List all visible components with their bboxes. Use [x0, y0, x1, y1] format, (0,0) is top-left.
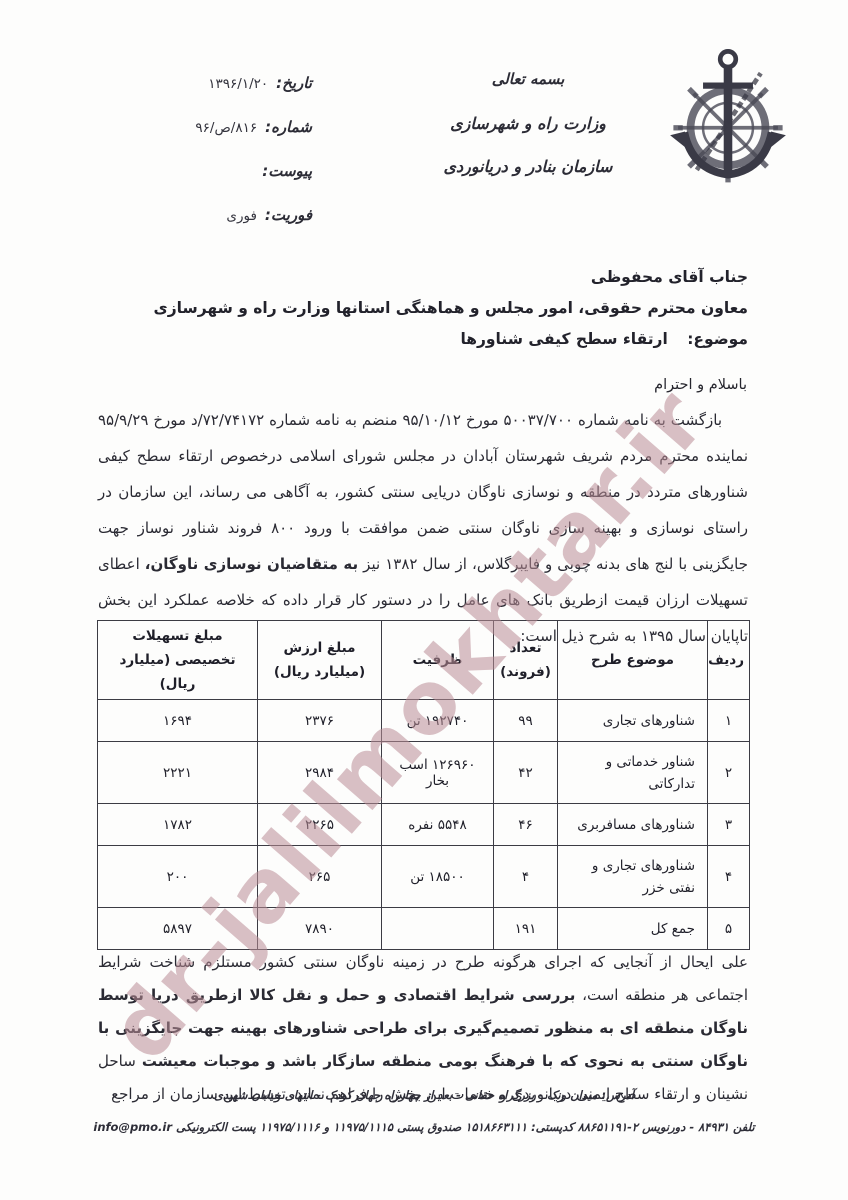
subject-line: موضوع: ارتقاء سطح کیفی شناورها	[100, 324, 748, 355]
subject-text: ارتقاء سطح کیفی شناورها	[460, 330, 667, 348]
cell-value: ۲۶۵	[258, 846, 382, 908]
cell-row: ۱	[708, 700, 750, 742]
cell-facilities: ۱۷۸۲	[98, 804, 258, 846]
salutation: باسلام و احترام	[654, 377, 747, 393]
cell-capacity	[382, 908, 494, 950]
table-row: ۲ شناور خدماتی و تدارکاتی ۴۲ ۱۲۶۹۶۰ اسب …	[98, 742, 750, 804]
body-part1: بازگشت به نامه شماره ۵۰۰۳۷/۷۰۰ مورخ ۹۵/۱…	[98, 411, 748, 573]
header-cell-count: تعداد (فروند)	[494, 621, 558, 700]
footer-address: آدرس: میدان ونک - بزرگراه حقانی - بعد از…	[0, 1088, 848, 1102]
cell-count: ۴	[494, 846, 558, 908]
recipient-block: جناب آقای محفوظی معاون محترم حقوقی، امور…	[100, 262, 748, 355]
urgency-value: فوری	[226, 208, 257, 224]
letterhead-meta: تاریخ: ۱۳۹۶/۱/۲۰ شماره: ۸۱۶/ص/۹۶ پیوست: …	[82, 74, 312, 250]
cell-count: ۹۹	[494, 700, 558, 742]
table-header-row: ردیف موضوع طرح تعداد (فروند) ظرفیت مبلغ …	[98, 621, 750, 700]
letterhead-center: بسمه تعالی وزارت راه و شهرسازی سازمان بن…	[428, 70, 628, 176]
footer-contact: تلفن ۸۴۹۳۱ - دورنویس ۲-۸۸۶۵۱۱۹۱ کدپستی: …	[0, 1120, 848, 1134]
header-cell-facilities: مبلغ تسهیلات تخصیصی (میلیارد ریال)	[98, 621, 258, 700]
recipient-title: معاون محترم حقوقی، امور مجلس و هماهنگی ا…	[100, 293, 748, 324]
date-value: ۱۳۹۶/۱/۲۰	[208, 76, 268, 92]
table-row: ۳ شناورهای مسافربری ۴۶ ۵۵۴۸ نفره ۲۲۶۵ ۱۷…	[98, 804, 750, 846]
organization-name: سازمان بنادر و دریانوردی	[428, 157, 628, 176]
cell-capacity: ۱۸۵۰۰ تن	[382, 846, 494, 908]
cell-subject: شناورهای تجاری	[558, 700, 708, 742]
cell-value: ۷۸۹۰	[258, 908, 382, 950]
ministry-name: وزارت راه و شهرسازی	[428, 114, 628, 133]
meta-number-row: شماره: ۸۱۶/ص/۹۶	[82, 118, 312, 162]
subject-label: موضوع:	[687, 330, 748, 348]
cell-row: ۴	[708, 846, 750, 908]
recipient-name: جناب آقای محفوظی	[100, 262, 748, 293]
closing-paragraph: علی ایحال از آنجایی که اجرای هرگونه طرح …	[98, 946, 748, 1111]
cell-capacity: ۱۲۶۹۶۰ اسب بخار	[382, 742, 494, 804]
header-cell-capacity: ظرفیت	[382, 621, 494, 700]
meta-urgency-row: فوریت: فوری	[82, 206, 312, 250]
cell-row: ۵	[708, 908, 750, 950]
meta-attachment-row: پیوست:	[82, 162, 312, 206]
header-cell-value: مبلغ ارزش (میلیارد ریال)	[258, 621, 382, 700]
header-cell-subject: موضوع طرح	[558, 621, 708, 700]
cell-value: ۲۹۸۴	[258, 742, 382, 804]
table-row: ۱ شناورهای تجاری ۹۹ ۱۹۲۷۴۰ تن ۲۳۷۶ ۱۶۹۴	[98, 700, 750, 742]
cell-value: ۲۲۶۵	[258, 804, 382, 846]
cell-count: ۴۶	[494, 804, 558, 846]
cell-subject: شناور خدماتی و تدارکاتی	[558, 742, 708, 804]
table-row: ۴ شناورهای تجاری و نفتی خزر ۴ ۱۸۵۰۰ تن ۲…	[98, 846, 750, 908]
scanned-letter-page: تاریخ: ۱۳۹۶/۱/۲۰ شماره: ۸۱۶/ص/۹۶ پیوست: …	[0, 0, 848, 1200]
meta-date-row: تاریخ: ۱۳۹۶/۱/۲۰	[82, 74, 312, 118]
cell-row: ۳	[708, 804, 750, 846]
cell-facilities: ۵۸۹۷	[98, 908, 258, 950]
number-label: شماره:	[265, 118, 312, 136]
number-value: ۸۱۶/ص/۹۶	[195, 120, 257, 136]
body-part-bold: به متقاضیان نوسازی ناوگان،	[145, 555, 358, 573]
attachment-label: پیوست:	[262, 162, 312, 180]
body-paragraph: بازگشت به نامه شماره ۵۰۰۳۷/۷۰۰ مورخ ۹۵/۱…	[98, 402, 748, 654]
cell-capacity: ۵۵۴۸ نفره	[382, 804, 494, 846]
fleet-renovation-table: ردیف موضوع طرح تعداد (فروند) ظرفیت مبلغ …	[97, 620, 750, 950]
cell-capacity: ۱۹۲۷۴۰ تن	[382, 700, 494, 742]
cell-subject: شناورهای تجاری و نفتی خزر	[558, 846, 708, 908]
cell-facilities: ۲۲۲۱	[98, 742, 258, 804]
table-total-row: ۵ جمع کل ۱۹۱ ۷۸۹۰ ۵۸۹۷	[98, 908, 750, 950]
cell-value: ۲۳۷۶	[258, 700, 382, 742]
date-label: تاریخ:	[276, 74, 312, 92]
header-cell-row-number: ردیف	[708, 621, 750, 700]
cell-count: ۴۲	[494, 742, 558, 804]
cell-facilities: ۲۰۰	[98, 846, 258, 908]
anchor-wheel-logo-icon	[650, 40, 806, 200]
cell-count: ۱۹۱	[494, 908, 558, 950]
urgency-label: فوریت:	[265, 206, 312, 224]
bismillah-line: بسمه تعالی	[428, 70, 628, 88]
cell-facilities: ۱۶۹۴	[98, 700, 258, 742]
cell-subject: شناورهای مسافربری	[558, 804, 708, 846]
cell-subject: جمع کل	[558, 908, 708, 950]
cell-row: ۲	[708, 742, 750, 804]
